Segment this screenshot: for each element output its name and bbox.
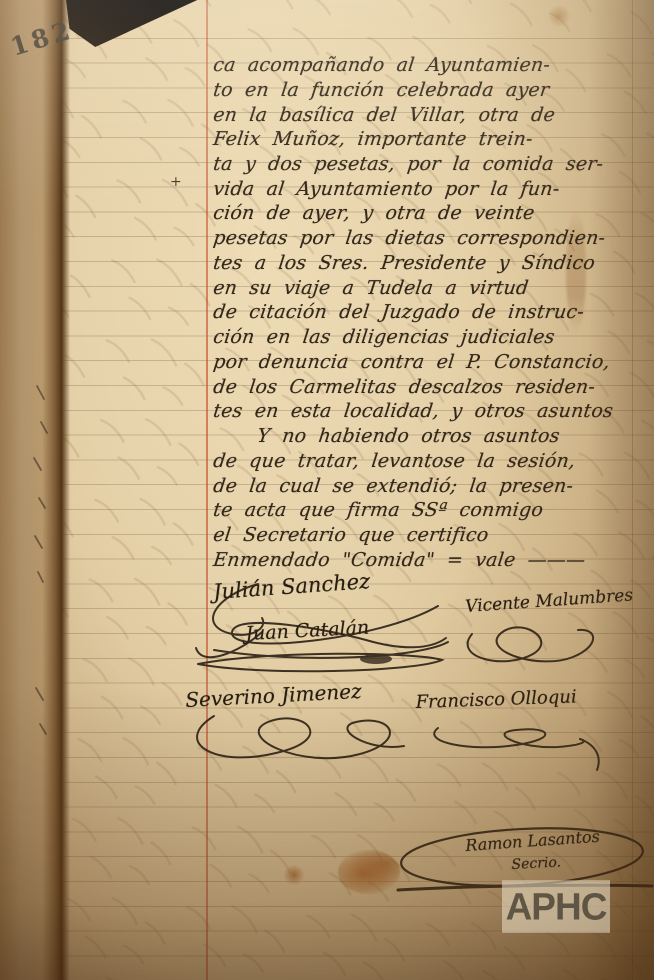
manuscript-line: ca acompañando al Ayuntamien- [212,54,551,76]
manuscript-line: pesetas por las dietas correspondien- [212,227,607,249]
manuscript-page: ca acompañando al Ayuntamien- to en la f… [0,0,654,980]
binding-gutter [0,0,70,980]
manuscript-line: de que tratar, levantose la sesión, [212,450,577,472]
manuscript-line: por denuncia contra el P. Constancio, [212,351,611,373]
manuscript-line: Felix Muñoz, importante trein- [212,128,534,150]
aphc-watermark: APHC [502,880,610,933]
manuscript-line: ción de ayer, y otra de veinte [212,202,536,224]
manuscript-line: de la cual se extendió; la presen- [212,475,575,497]
manuscript-line: de citación del Juzgado de instruc- [212,301,585,323]
manuscript-line: el Secretario que certifico [212,524,490,546]
manuscript-line: ción en las diligencias judiciales [212,326,556,348]
manuscript-line: tes a los Sres. Presidente y Síndico [212,252,596,274]
manuscript-line: Enmendado "Comida" = vale ——— [212,549,587,571]
paper-stain [545,5,573,27]
manuscript-line: en la basílica del Villar, otra de [212,104,556,126]
manuscript-line: ta y dos pesetas, por la comida ser- [212,153,605,175]
manuscript-line: te acta que firma SSª conmigo [212,499,544,521]
manuscript-line: Y no habiendo otros asuntos [212,425,561,447]
signature-ramon-title: Secrio. [511,854,561,873]
manuscript-line: en su viaje a Tudela a virtud [212,277,530,299]
right-margin-line [632,0,633,980]
manuscript-line: vida al Ayuntamiento por la fun- [212,178,561,200]
red-margin-line [206,0,208,980]
manuscript-line: de los Carmelitas descalzos residen- [212,376,596,398]
manuscript-line: tes en esta localidad, y otros asuntos [212,400,614,422]
rust-stain [338,850,400,894]
rust-stain [282,864,306,886]
manuscript-line: to en la función celebrada ayer [212,79,551,101]
margin-mark: + [170,174,182,190]
